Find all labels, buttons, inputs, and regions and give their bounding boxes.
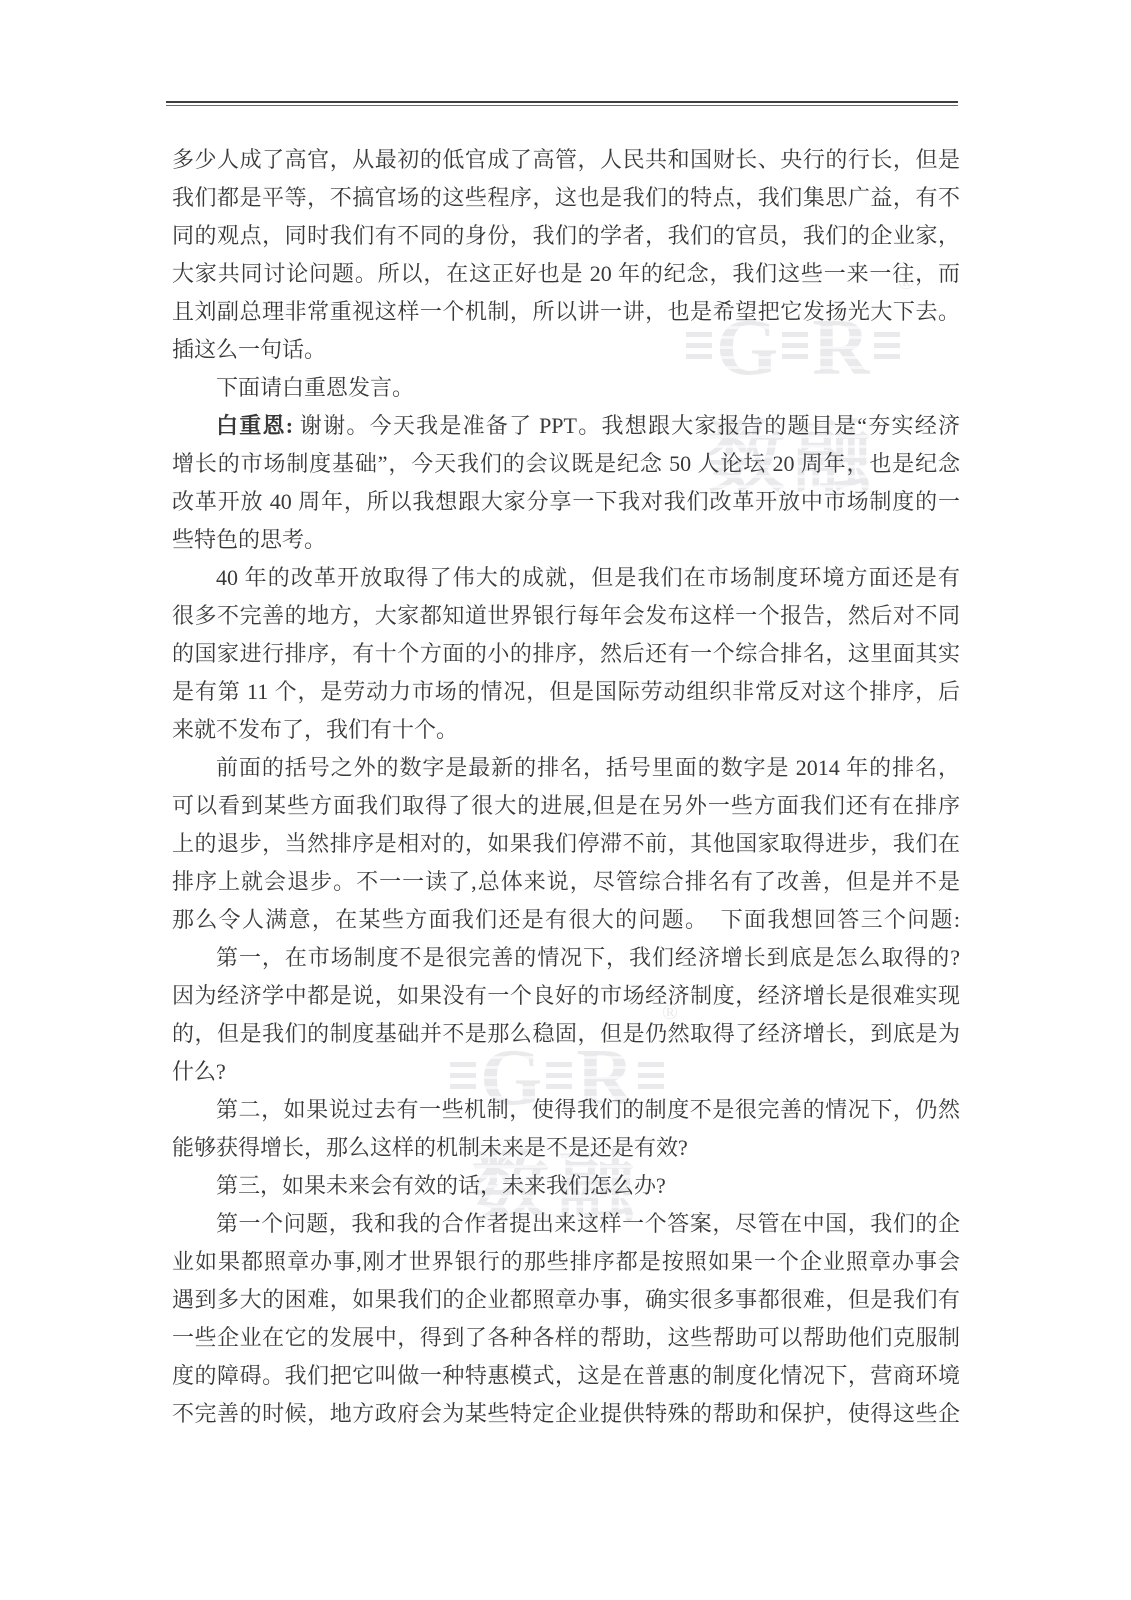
text-line: 什么? (172, 1053, 960, 1091)
text-line: 且刘副总理非常重视这样一个机制，所以讲一讲，也是希望把它发扬光大下去。 (172, 293, 960, 331)
text-line: 我们都是平等，不搞官场的这些程序，这也是我们的特点，我们集思广益，有不 (172, 179, 960, 217)
document-page: ®GR数融®GR数融多少人成了高官，从最初的低官成了高管，人民共和国财长、央行的… (0, 0, 1131, 1600)
text-line: 些特色的思考。 (172, 521, 960, 559)
text-line: 前面的括号之外的数字是最新的排名，括号里面的数字是 2014 年的排名， (172, 749, 960, 787)
text-line: 很多不完善的地方，大家都知道世界银行每年会发布这样一个报告，然后对不同 (172, 597, 960, 635)
text-line: 可以看到某些方面我们取得了很大的进展,但是在另外一些方面我们还有在排序 (172, 787, 960, 825)
text-line: 第二，如果说过去有一些机制，使得我们的制度不是很完善的情况下，仍然 (172, 1091, 960, 1129)
header-rule-divider (166, 101, 958, 106)
text-line: 来就不发布了，我们有十个。 (172, 711, 960, 749)
text-line: 第三，如果未来会有效的话，未来我们怎么办? (172, 1167, 960, 1205)
text-line: 大家共同讨论问题。所以，在这正好也是 20 年的纪念，我们这些一来一往，而 (172, 255, 960, 293)
text-line: 多少人成了高官，从最初的低官成了高管，人民共和国财长、央行的行长，但是 (172, 141, 960, 179)
text-line: 第一个问题，我和我的合作者提出来这样一个答案，尽管在中国，我们的企 (172, 1205, 960, 1243)
text-line: 第一，在市场制度不是很完善的情况下，我们经济增长到底是怎么取得的? (172, 939, 960, 977)
text-line: 40 年的改革开放取得了伟大的成就，但是我们在市场制度环境方面还是有 (172, 559, 960, 597)
text-line: 增长的市场制度基础”，今天我们的会议既是纪念 50 人论坛 20 周年，也是纪念 (172, 445, 960, 483)
document-lines: 多少人成了高官，从最初的低官成了高管，人民共和国财长、央行的行长，但是我们都是平… (172, 141, 960, 1433)
text-line: 遇到多大的困难，如果我们的企业都照章办事，确实很多事都很难，但是我们有 (172, 1281, 960, 1319)
text-line: 下面请白重恩发言。 (172, 369, 960, 407)
text-line: 排序上就会退步。不一一读了,总体来说，尽管综合排名有了改善，但是并不是 (172, 863, 960, 901)
text-line: 业如果都照章办事,刚才世界银行的那些排序都是按照如果一个企业照章办事会 (172, 1243, 960, 1281)
text-line: 是有第 11 个，是劳动力市场的情况，但是国际劳动组织非常反对这个排序，后 (172, 673, 960, 711)
text-line: 度的障碍。我们把它叫做一种特惠模式，这是在普惠的制度化情况下，营商环境 (172, 1357, 960, 1395)
text-line: 上的退步，当然排序是相对的，如果我们停滞不前，其他国家取得进步，我们在 (172, 825, 960, 863)
text-line: 改革开放 40 周年，所以我想跟大家分享一下我对我们改革开放中市场制度的一 (172, 483, 960, 521)
text-line: 因为经济学中都是说，如果没有一个良好的市场经济制度，经济增长是很难实现 (172, 977, 960, 1015)
text-line: 能够获得增长，那么这样的机制未来是不是还是有效? (172, 1129, 960, 1167)
speaker-name: 白重恩: (216, 413, 293, 438)
text-line: 不完善的时候，地方政府会为某些特定企业提供特殊的帮助和保护，使得这些企 (172, 1395, 960, 1433)
text-line: 的，但是我们的制度基础并不是那么稳固，但是仍然取得了经济增长，到底是为 (172, 1015, 960, 1053)
text-line: 一些企业在它的发展中，得到了各种各样的帮助，这些帮助可以帮助他们克服制 (172, 1319, 960, 1357)
text-line: 插这么一句话。 (172, 331, 960, 369)
text-line: 同的观点，同时我们有不同的身份，我们的学者，我们的官员，我们的企业家， (172, 217, 960, 255)
text-line: 白重恩: 谢谢。今天我是准备了 PPT。我想跟大家报告的题目是“夯实经济 (172, 407, 960, 445)
text-line: 那么令人满意，在某些方面我们还是有很大的问题。 下面我想回答三个问题: (172, 901, 960, 939)
text-line: 的国家进行排序，有十个方面的小的排序，然后还有一个综合排名，这里面其实 (172, 635, 960, 673)
